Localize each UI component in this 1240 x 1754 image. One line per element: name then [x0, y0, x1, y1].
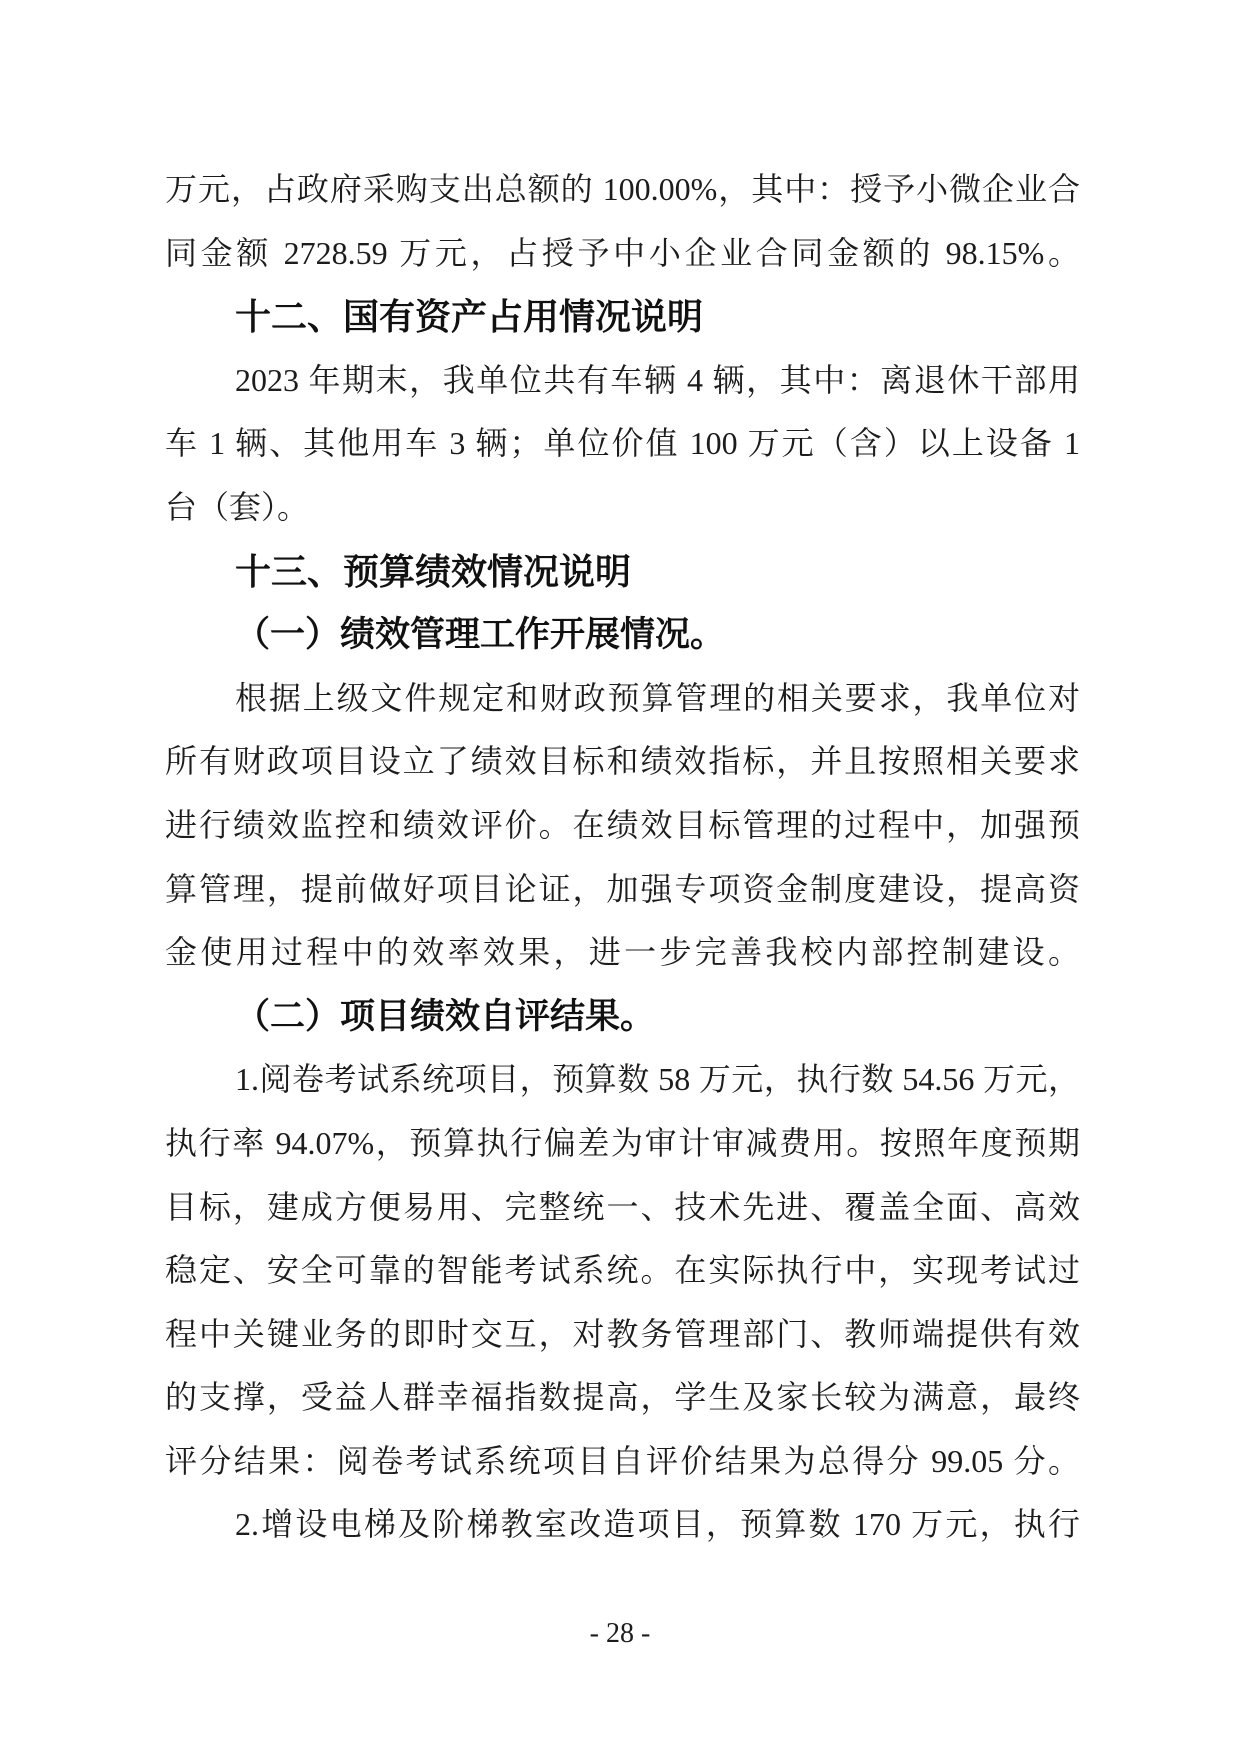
- body-line: 车 1 辆、其他用车 3 辆；单位价值 100 万元（含）以上设备 1: [165, 412, 1080, 476]
- body-line: 目标，建成方便易用、完整统一、技术先进、覆盖全面、高效: [165, 1176, 1080, 1240]
- section-heading-13: 十三、预算绩效情况说明: [165, 540, 1080, 604]
- body-line: 2023 年期末，我单位共有车辆 4 辆，其中：离退休干部用: [165, 349, 1080, 413]
- body-line: 金使用过程中的效率效果，进一步完善我校内部控制建设。: [165, 921, 1080, 985]
- body-line: 根据上级文件规定和财政预算管理的相关要求，我单位对: [165, 667, 1080, 731]
- body-line: 算管理，提前做好项目论证，加强专项资金制度建设，提高资: [165, 858, 1080, 922]
- document-page: 万元，占政府采购支出总额的 100.00%，其中：授予小微企业合 同金额 272…: [0, 0, 1240, 1754]
- page-number: - 28 -: [0, 1618, 1240, 1650]
- body-line: 进行绩效监控和绩效评价。在绩效目标管理的过程中，加强预: [165, 794, 1080, 858]
- body-line: 程中关键业务的即时交互，对教务管理部门、教师端提供有效: [165, 1303, 1080, 1367]
- document-text-block: 万元，占政府采购支出总额的 100.00%，其中：授予小微企业合 同金额 272…: [165, 158, 1080, 1557]
- body-line: 执行率 94.07%，预算执行偏差为审计审减费用。按照年度预期: [165, 1112, 1080, 1176]
- body-line: 评分结果：阅卷考试系统项目自评价结果为总得分 99.05 分。: [165, 1430, 1080, 1494]
- subsection-heading-2: （二）项目绩效自评结果。: [165, 985, 1080, 1049]
- body-line: 台（套）。: [165, 476, 1080, 540]
- body-line: 2.增设电梯及阶梯教室改造项目，预算数 170 万元，执行: [165, 1493, 1080, 1557]
- body-line: 万元，占政府采购支出总额的 100.00%，其中：授予小微企业合: [165, 158, 1080, 222]
- section-heading-12: 十二、国有资产占用情况说明: [165, 285, 1080, 349]
- subsection-heading-1: （一）绩效管理工作开展情况。: [165, 603, 1080, 667]
- body-line: 同金额 2728.59 万元，占授予中小企业合同金额的 98.15%。: [165, 222, 1080, 286]
- body-line: 1.阅卷考试系统项目，预算数 58 万元，执行数 54.56 万元，: [165, 1048, 1080, 1112]
- body-line: 的支撑，受益人群幸福指数提高，学生及家长较为满意，最终: [165, 1366, 1080, 1430]
- body-line: 所有财政项目设立了绩效目标和绩效指标，并且按照相关要求: [165, 730, 1080, 794]
- body-line: 稳定、安全可靠的智能考试系统。在实际执行中，实现考试过: [165, 1239, 1080, 1303]
